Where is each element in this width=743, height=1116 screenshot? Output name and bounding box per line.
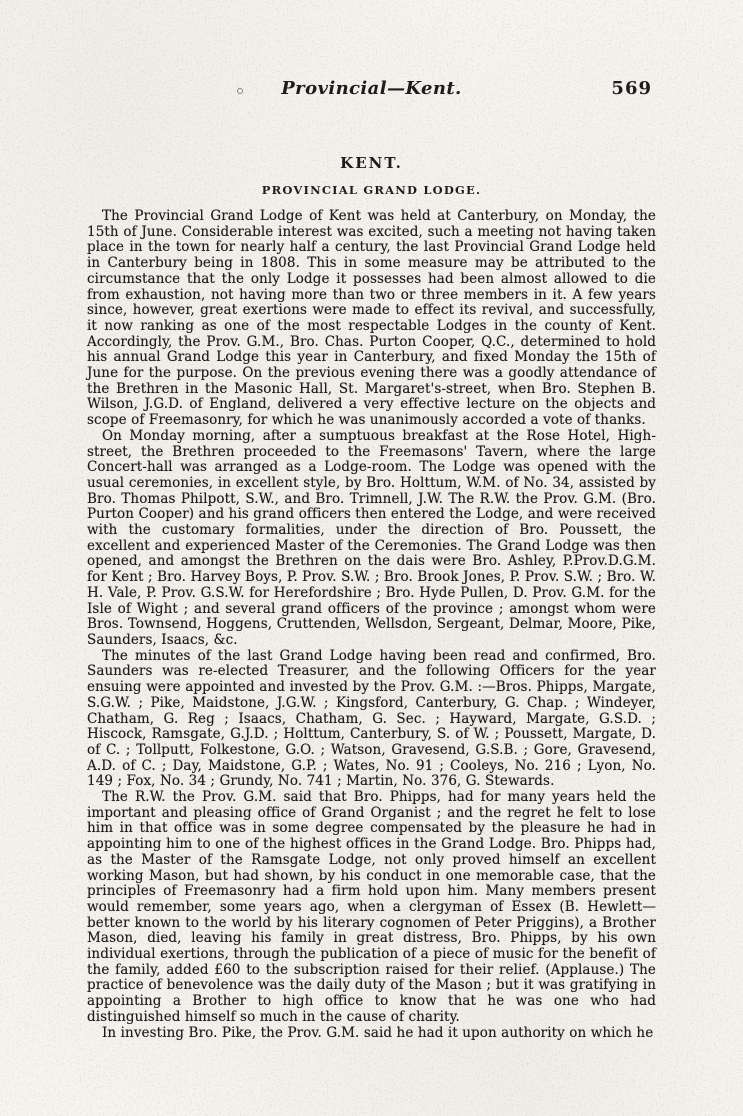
scanned-page: Provincial—Kent. 569 KENT. PROVINCIAL GR…	[0, 0, 743, 1116]
paragraph: On Monday morning, after a sumptuous bre…	[87, 429, 656, 649]
section-title: KENT.	[0, 154, 743, 172]
paragraph: The Provincial Grand Lodge of Kent was h…	[87, 209, 656, 429]
article-body: The Provincial Grand Lodge of Kent was h…	[87, 209, 656, 1041]
paragraph: The minutes of the last Grand Lodge havi…	[87, 649, 656, 790]
paragraph: In investing Bro. Pike, the Prov. G.M. s…	[87, 1026, 656, 1042]
paragraph: The R.W. the Prov. G.M. said that Bro. P…	[87, 790, 656, 1026]
subsection-title: PROVINCIAL GRAND LODGE.	[0, 183, 743, 197]
running-header-row: Provincial—Kent. 569	[0, 78, 743, 102]
page-number: 569	[611, 78, 652, 99]
